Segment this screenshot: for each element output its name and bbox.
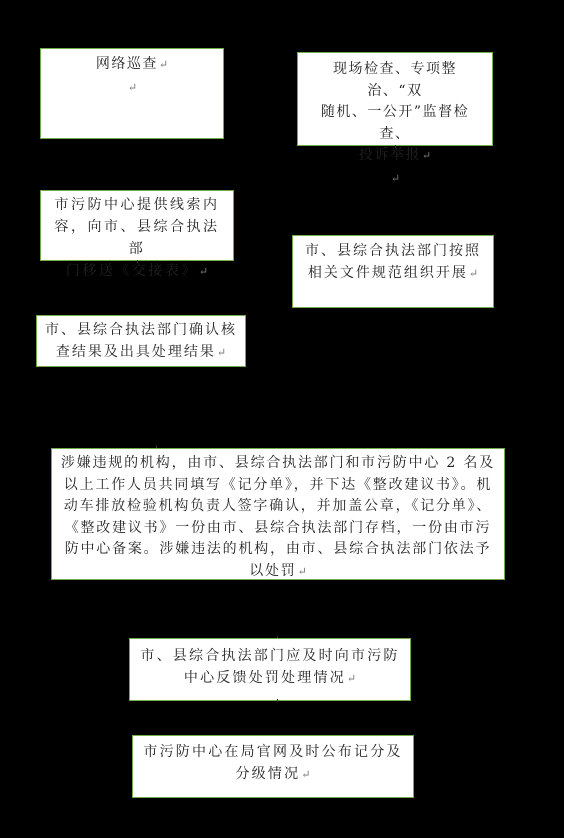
paragraph-mark-icon: ↵ xyxy=(469,267,478,280)
paragraph-mark-icon: ↵ xyxy=(391,172,400,185)
paragraph-mark-icon: ↵ xyxy=(128,81,137,94)
connector-tick xyxy=(137,260,138,263)
paragraph-mark-icon: ↵ xyxy=(301,768,310,781)
box-text: 投诉举报 xyxy=(359,147,421,163)
box-text-line: 现场检查、专项整治、“双 xyxy=(308,59,482,102)
box-text-line: 市污防中心在局官网及时公布记分及 xyxy=(141,741,405,763)
connector-tick xyxy=(277,699,278,702)
box-text-line: 以处罚↵ xyxy=(60,561,496,583)
flow-box-clue-transfer: 市污防中心提供线索内 容，向市、县综合执法部 门移送《交接表》↵ xyxy=(40,190,234,261)
box-text-line: 查结果及出具处理结果↵ xyxy=(43,341,239,364)
paragraph-mark-icon: ↵ xyxy=(298,565,307,578)
box-text: 查结果及出具处理结果 xyxy=(56,344,216,360)
empty-paragraph: ↵ xyxy=(308,167,482,190)
box-text-line: 相关文件规范组织开展↵ xyxy=(301,262,485,285)
box-text-line: 市、县综合执法部门按照 xyxy=(301,240,485,262)
box-text: 中心反馈处罚处理情况 xyxy=(184,670,346,686)
box-text-line: 投诉举报↵ xyxy=(308,145,482,167)
box-text: 以处罚 xyxy=(249,563,296,579)
flow-box-confirm-result: 市、县综合执法部门确认核 查结果及出具处理结果↵ xyxy=(36,315,246,367)
connector-tick xyxy=(395,145,396,148)
box-text-line: 动车排放检验机构负责人签字确认，并加盖公章，《记分单》、 xyxy=(60,496,496,518)
box-text-line: 涉嫌违规的机构，由市、县综合执法部门和市污防中心 2 名及 xyxy=(60,453,496,475)
flow-box-online-patrol: 网络巡查↵ ↵ xyxy=(40,48,224,139)
box-text-line: 随机、一公开”监督检查、 xyxy=(308,102,482,145)
box-text-line: 市、县综合执法部门应及时向市污防 xyxy=(138,645,402,667)
box-text-line: 以上工作人员共同填写《记分单》，并下达《整改建议书》。机 xyxy=(60,475,496,497)
box-text-line: 中心反馈处罚处理情况↵ xyxy=(138,667,402,690)
flow-box-violation-record: 涉嫌违规的机构，由市、县综合执法部门和市污防中心 2 名及 以上工作人员共同填写… xyxy=(51,448,505,580)
box-text: 网络巡查 xyxy=(96,56,158,72)
box-text-line: 门移送《交接表》↵ xyxy=(51,260,223,283)
paragraph-mark-icon: ↵ xyxy=(347,672,356,685)
flow-box-publish: 市污防中心在局官网及时公布记分及 分级情况↵ xyxy=(132,735,414,798)
paragraph-mark-icon: ↵ xyxy=(199,265,208,278)
box-text: 分级情况 xyxy=(235,766,300,782)
paragraph-mark-icon: ↵ xyxy=(422,149,431,162)
box-text-line: 网络巡查↵ xyxy=(49,53,215,76)
flow-box-onsite-inspection: 现场检查、专项整治、“双 随机、一公开”监督检查、 投诉举报↵ ↵ xyxy=(297,52,493,146)
box-text-line: 防中心备案。涉嫌违法的机构，由市、县综合执法部门依法予 xyxy=(60,539,496,561)
paragraph-mark-icon: ↵ xyxy=(217,346,226,359)
flow-box-organize-per-docs: 市、县综合执法部门按照 相关文件规范组织开展↵ xyxy=(292,235,494,308)
box-text-line: 分级情况↵ xyxy=(141,763,405,786)
box-text: 相关文件规范组织开展 xyxy=(308,265,468,281)
box-text-line: 市污防中心提供线索内 xyxy=(51,194,223,216)
empty-paragraph: ↵ xyxy=(49,76,215,99)
box-text-line: 市、县综合执法部门确认核 xyxy=(43,319,239,341)
box-text-line: 《整改建议书》一份由市、县综合执法部门存档，一份由市污 xyxy=(60,518,496,540)
box-text: 门移送《交接表》 xyxy=(66,263,198,279)
paragraph-mark-icon: ↵ xyxy=(159,58,168,71)
box-text-line: 容，向市、县综合执法部 xyxy=(51,216,223,260)
flow-box-feedback: 市、县综合执法部门应及时向市污防 中心反馈处罚处理情况↵ xyxy=(129,638,411,701)
